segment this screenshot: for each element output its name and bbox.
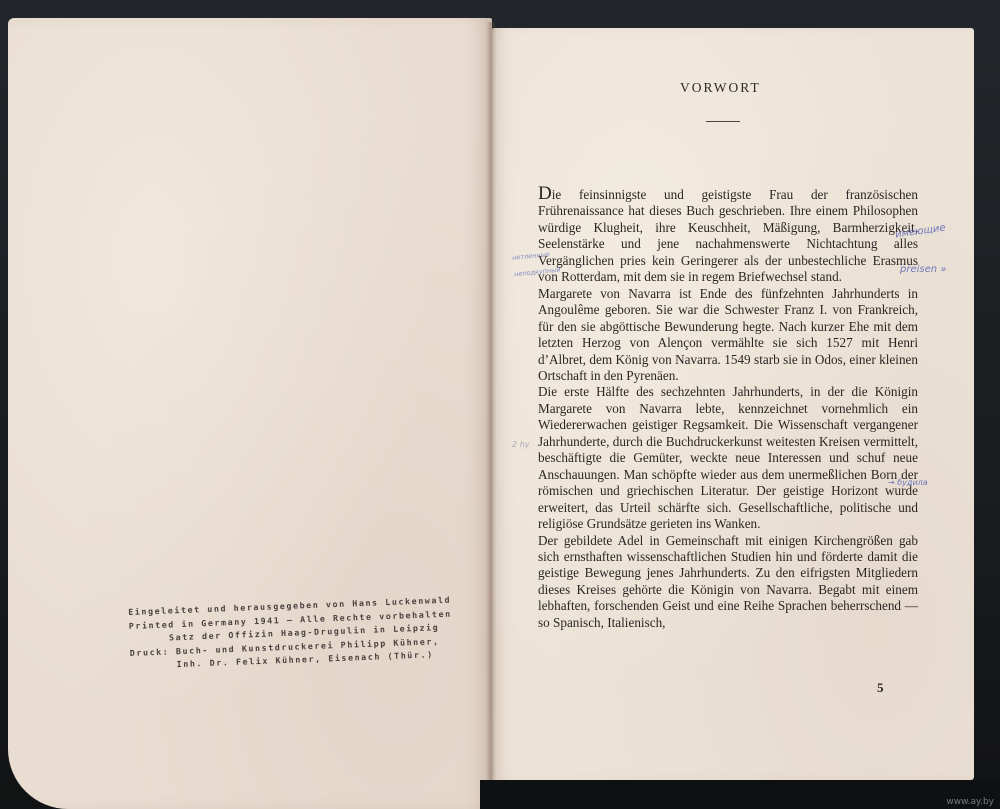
preface-text: Die feinsinnigste und geistigste Frau de…	[538, 187, 918, 631]
page-number: 5	[877, 680, 884, 696]
paragraph: Margarete von Navarra ist Ende des fünfz…	[538, 286, 918, 385]
table-shadow	[480, 780, 1000, 809]
handwritten-note: preisen »	[900, 264, 946, 275]
paragraph: Der gebildete Adel in Gemeinschaft mit e…	[538, 533, 918, 632]
heading-divider	[706, 121, 740, 122]
drop-cap: D	[538, 183, 552, 204]
imprint-block: Eingeleitet und herausgegeben von Hans L…	[128, 593, 480, 674]
handwritten-note: → будила	[888, 478, 928, 487]
photo-scene: Eingeleitet und herausgegeben von Hans L…	[0, 0, 1000, 809]
left-page	[8, 18, 492, 809]
book-gutter	[486, 22, 496, 782]
watermark: www.ay.by	[946, 797, 994, 807]
paragraph: Die feinsinnigste und geistigste Frau de…	[538, 187, 918, 286]
paragraph: Die erste Hälfte des sechzehnten Jahrhun…	[538, 384, 918, 532]
handwritten-note: 2 hy	[512, 440, 529, 449]
chapter-heading: VORWORT	[680, 80, 761, 96]
